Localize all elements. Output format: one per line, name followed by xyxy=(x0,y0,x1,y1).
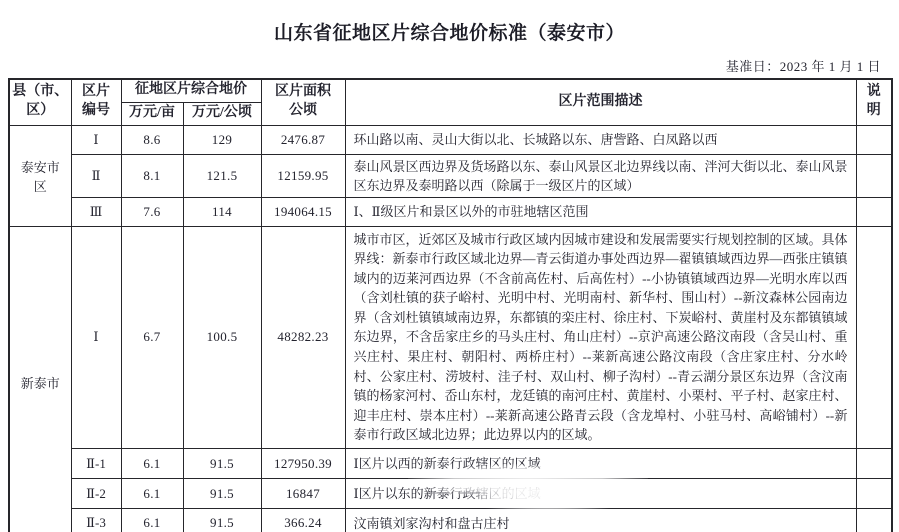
document-page: 山东省征地区片综合地价标准（泰安市） 基准日：2023 年 1 月 1 日 县（… xyxy=(0,0,899,532)
zone-cell: Ⅰ xyxy=(71,125,121,154)
note-cell xyxy=(856,509,892,532)
table-row: Ⅱ-3 6.1 91.5 366.24 汶南镇刘家沟村和盘古庄村 xyxy=(9,509,892,532)
zone-cell: Ⅱ-1 xyxy=(71,449,121,479)
area-cell: 2476.87 xyxy=(261,125,345,154)
price-ha-cell: 129 xyxy=(183,125,261,154)
area-cell: 12159.95 xyxy=(261,154,345,197)
table-row: Ⅱ-2 6.1 91.5 16847 Ⅰ区片以东的新泰行政辖区的区域 xyxy=(9,479,892,509)
header-price-per-mu: 万元/亩 xyxy=(121,102,183,125)
header-scope: 区片范围描述 xyxy=(345,79,856,125)
header-area: 区片面积 公顷 xyxy=(261,79,345,125)
page-title: 山东省征地区片综合地价标准（泰安市） xyxy=(0,18,899,45)
scope-cell: Ⅰ区片以东的新泰行政辖区的区域 xyxy=(345,479,856,509)
price-mu-cell: 6.1 xyxy=(121,509,183,532)
base-date-label: 基准日：2023 年 1 月 1 日 xyxy=(726,56,881,75)
header-price-per-ha: 万元/公顷 xyxy=(183,102,261,125)
scope-cell: Ⅰ区片以西的新泰行政辖区的区域 xyxy=(345,449,856,479)
note-cell xyxy=(856,125,892,154)
zone-cell: Ⅲ xyxy=(71,197,121,226)
zone-cell: Ⅱ xyxy=(71,154,121,197)
header-note: 说 明 xyxy=(856,79,892,125)
price-mu-cell: 6.1 xyxy=(121,449,183,479)
price-ha-cell: 100.5 xyxy=(183,226,261,449)
county-cell: 泰安市 区 xyxy=(9,125,71,226)
area-cell: 194064.15 xyxy=(261,197,345,226)
header-county: 县（市、 区） xyxy=(9,79,71,125)
header-price-group: 征地区片综合地价 xyxy=(121,79,261,102)
scope-cell: Ⅰ、Ⅱ级区片和景区以外的市驻地辖区范围 xyxy=(345,197,856,226)
price-ha-cell: 91.5 xyxy=(183,449,261,479)
table-row: Ⅱ-1 6.1 91.5 127950.39 Ⅰ区片以西的新泰行政辖区的区域 xyxy=(9,449,892,479)
scope-cell: 城市市区，近郊区及城市行政区域内因城市建设和发展需要实行规划控制的区域。具体界线… xyxy=(345,226,856,449)
area-cell: 48282.23 xyxy=(261,226,345,449)
area-cell: 366.24 xyxy=(261,509,345,532)
table-row: 泰安市 区 Ⅰ 8.6 129 2476.87 环山路以南、灵山大街以北、长城路… xyxy=(9,125,892,154)
zone-cell: Ⅱ-3 xyxy=(71,509,121,532)
land-price-table: 县（市、 区） 区片 编号 征地区片综合地价 区片面积 公顷 区片范围描述 说 … xyxy=(8,78,893,532)
scope-cell: 泰山风景区西边界及货场路以东、泰山风景区北边界线以南、泮河大街以北、泰山风景区东… xyxy=(345,154,856,197)
area-cell: 127950.39 xyxy=(261,449,345,479)
area-cell: 16847 xyxy=(261,479,345,509)
note-cell xyxy=(856,479,892,509)
table-row: Ⅱ 8.1 121.5 12159.95 泰山风景区西边界及货场路以东、泰山风景… xyxy=(9,154,892,197)
note-cell xyxy=(856,154,892,197)
county-cell: 新泰市 xyxy=(9,226,71,532)
table-row: 新泰市 Ⅰ 6.7 100.5 48282.23 城市市区，近郊区及城市行政区域… xyxy=(9,226,892,449)
price-mu-cell: 7.6 xyxy=(121,197,183,226)
price-mu-cell: 8.6 xyxy=(121,125,183,154)
note-cell xyxy=(856,226,892,449)
price-mu-cell: 6.7 xyxy=(121,226,183,449)
price-ha-cell: 91.5 xyxy=(183,509,261,532)
zone-cell: Ⅱ-2 xyxy=(71,479,121,509)
price-ha-cell: 114 xyxy=(183,197,261,226)
price-mu-cell: 6.1 xyxy=(121,479,183,509)
table-row: Ⅲ 7.6 114 194064.15 Ⅰ、Ⅱ级区片和景区以外的市驻地辖区范围 xyxy=(9,197,892,226)
header-zone-no: 区片 编号 xyxy=(71,79,121,125)
price-ha-cell: 121.5 xyxy=(183,154,261,197)
note-cell xyxy=(856,197,892,226)
price-mu-cell: 8.1 xyxy=(121,154,183,197)
scope-cell: 环山路以南、灵山大街以北、长城路以东、唐訾路、白凤路以西 xyxy=(345,125,856,154)
note-cell xyxy=(856,449,892,479)
scope-cell: 汶南镇刘家沟村和盘古庄村 xyxy=(345,509,856,532)
zone-cell: Ⅰ xyxy=(71,226,121,449)
price-ha-cell: 91.5 xyxy=(183,479,261,509)
